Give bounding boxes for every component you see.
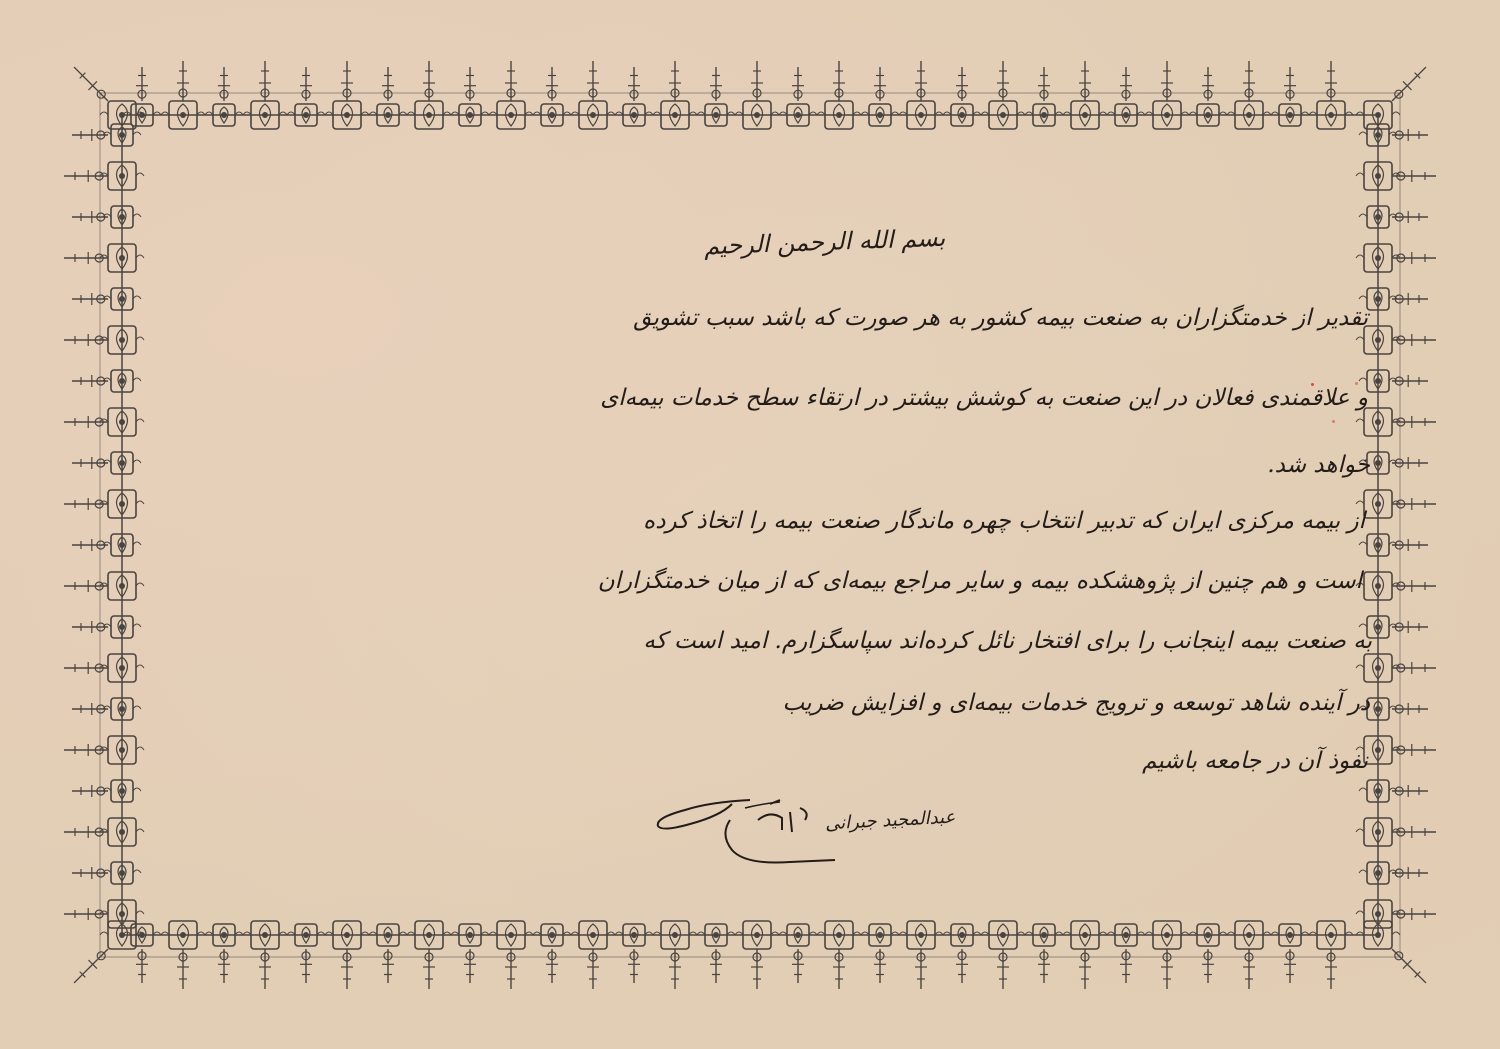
letter-page: بسم الله الرحمن الرحیم تقدیر از خدمتگزار… — [0, 0, 1500, 1049]
letter-line-6: به صنعت بیمه اینجانب را برای افتخار نائل… — [643, 628, 1372, 654]
letter-line-7: در آینده شاهد توسعه و ترویج خدمات بیمه‌ا… — [783, 690, 1370, 716]
ink-speck — [1355, 382, 1358, 385]
letter-line-2: و علاقمندی فعالان در این صنعت به کوشش بی… — [600, 385, 1368, 411]
letter-line-1: تقدیر از خدمتگزاران به صنعت بیمه کشور به… — [633, 305, 1368, 331]
letter-line-4: از بیمه مرکزی ایران که تدبیر انتخاب چهره… — [643, 508, 1365, 534]
ink-speck — [1332, 420, 1335, 423]
letter-line-8: نفوذ آن در جامعه باشیم — [1142, 748, 1368, 774]
ink-speck — [1311, 383, 1314, 386]
letter-line-3: خواهد شد. — [1267, 452, 1370, 478]
letter-line-5: است و هم چنین از پژوهشکده بیمه و سایر مر… — [598, 568, 1362, 594]
signature-mark — [650, 790, 850, 880]
